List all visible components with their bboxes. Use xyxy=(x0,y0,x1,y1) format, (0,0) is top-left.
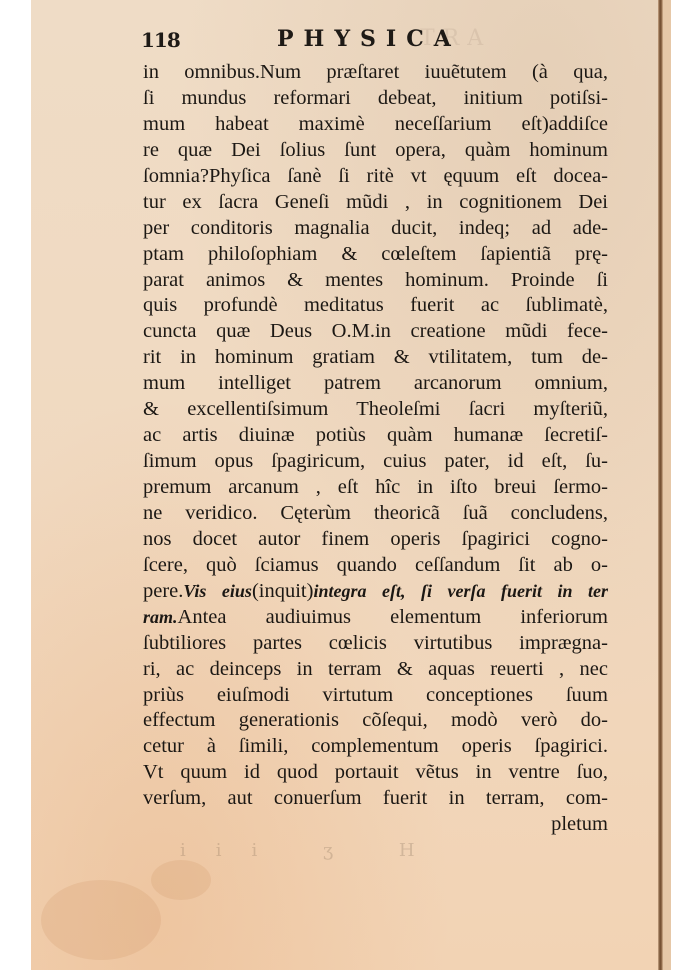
page-edge-outer xyxy=(663,0,671,970)
body-text: in omnibus.Num præſtaret iuuẽtutem (à qu… xyxy=(143,60,608,838)
catchword: pletum xyxy=(143,812,608,838)
text-line: ri, ac deinceps in terram & aquas reuert… xyxy=(143,657,608,683)
text-line: per conditoris magnalia ducit, indeq; ad… xyxy=(143,216,608,242)
text-line: in omnibus.Num præſtaret iuuẽtutem (à qu… xyxy=(143,60,608,86)
text-line: cetur à ſimili, complementum operis ſpag… xyxy=(143,734,608,760)
text-line: parat animos & mentes hominum. Proinde ſ… xyxy=(143,268,608,294)
text-line: tur ex ſacra Geneſi mũdi , in cognitione… xyxy=(143,190,608,216)
text-line: nos docet autor finem operis ſpagirici c… xyxy=(143,527,608,553)
text-line: rit in hominum gratiam & vtilitatem, tum… xyxy=(143,345,608,371)
text-line: & excellentiſsimum Theoleſmi ſacri myſte… xyxy=(143,397,608,423)
text-line: ne veridico. Cęterùm theoricã ſuã conclu… xyxy=(143,501,608,527)
text-line: ac artis diuinæ potiùs quàm humanæ ſecre… xyxy=(143,423,608,449)
page-number: 118 xyxy=(141,28,180,52)
text-line: mum habeat maximè neceſſarium eſt)addiſc… xyxy=(143,112,608,138)
text-line: verſum, aut conuerſum fuerit in terram, … xyxy=(143,786,608,812)
text-line: cuncta quæ Deus O.M.in creatione mũdi fe… xyxy=(143,319,608,345)
foxing-stain xyxy=(41,880,161,960)
text-line: premum arcanum , eſt hîc in iſto breui ſ… xyxy=(143,475,608,501)
text-line: ſomnia?Phyſica ſanè ſi ritè vt ęquum eſt… xyxy=(143,164,608,190)
text-line-mixed: ram.Antea audiuimus elementum inferiorum xyxy=(143,605,608,631)
page-header: 118 PHYSICA xyxy=(141,26,481,56)
running-head: PHYSICA xyxy=(277,26,461,52)
text-line: ptam philoſophiam & cœleſtem ſapientiã p… xyxy=(143,242,608,268)
text-line-mixed: pere.Vis eius(inquit)integra eſt, ſi ver… xyxy=(143,579,608,605)
text-line: priùs eiuſmodi virtutum conceptiones ſuu… xyxy=(143,683,608,709)
text-segment: Antea audiuimus elementum inferiorum xyxy=(178,606,608,628)
text-line: re quæ Dei ſolius ſunt opera, quàm homin… xyxy=(143,138,608,164)
text-segment: (inquit) xyxy=(252,580,314,602)
text-line: ſubtiliores partes cœlicis virtutibus im… xyxy=(143,631,608,657)
foxing-stain xyxy=(151,860,211,900)
bleed-through-footer: iii ʒ H xyxy=(180,840,445,861)
text-segment: pere. xyxy=(143,580,183,602)
text-line: ſcere, quò ſciamus quando ceſſandum ſit … xyxy=(143,553,608,579)
italic-quote: ram. xyxy=(143,607,178,627)
text-line: mum intelliget patrem arcanorum omnium, xyxy=(143,371,608,397)
text-line: effectum generationis cõſequi, modò verò… xyxy=(143,708,608,734)
italic-quote: integra eſt, ſi verſa fuerit in ter xyxy=(313,581,608,601)
text-line: ſimum opus ſpagiricum, cuius pater, id e… xyxy=(143,449,608,475)
text-line: quis profundè meditatus fuerit ac ſublim… xyxy=(143,293,608,319)
italic-quote: Vis eius xyxy=(183,581,252,601)
text-line: Vt quum id quod portauit vẽtus in ventre… xyxy=(143,760,608,786)
text-line: ſi mundus reformari debeat, initium poti… xyxy=(143,86,608,112)
